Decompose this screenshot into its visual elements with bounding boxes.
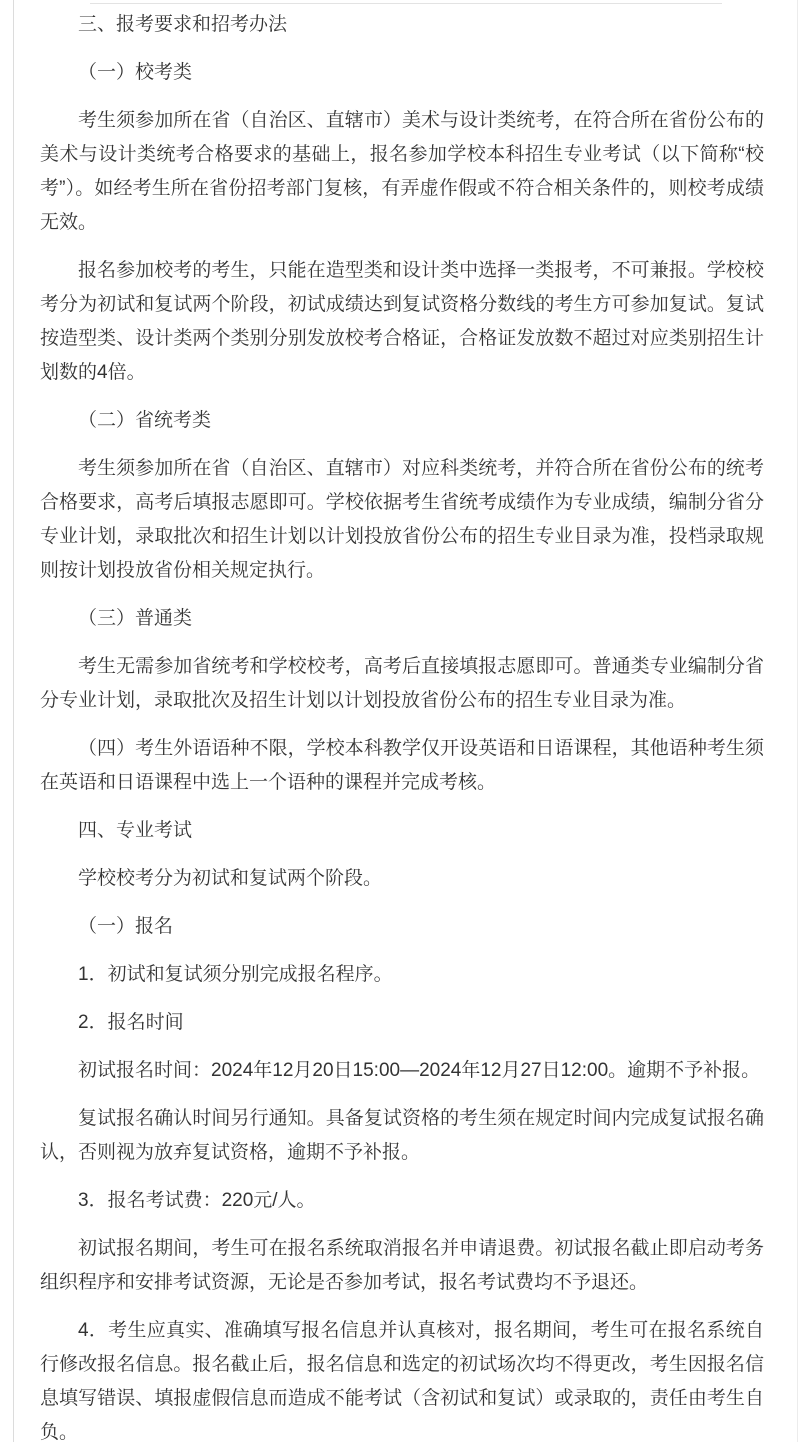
para-foreign-language-requirement: （四）考生外语语种不限，学校本科教学仅开设英语和日语课程，其他语种考生须在英语和… — [40, 732, 764, 800]
list-item-1-registration-procedure: 1．初试和复试须分别完成报名程序。 — [40, 958, 764, 992]
para-provincial-exam-requirements: 考生须参加所在省（自治区、直辖市）对应科类统考，并符合所在省份公布的统考合格要求… — [40, 452, 764, 588]
para-xiaokao-rules: 报名参加校考的考生，只能在造型类和设计类中选择一类报考，不可兼报。学校校考分为初… — [40, 254, 764, 390]
subheading-provincial-exam-category: （二）省统考类 — [40, 404, 764, 438]
list-item-2-registration-time: 2．报名时间 — [40, 1006, 764, 1040]
subheading-xiaokao-category: （一）校考类 — [40, 56, 764, 90]
heading-section-four: 四、专业考试 — [40, 814, 764, 848]
document-body: 三、报考要求和招考办法 （一）校考类 考生须参加所在省（自治区、直辖市）美术与设… — [0, 0, 800, 1442]
para-general-category-rules: 考生无需参加省统考和学校校考，高考后直接填报志愿即可。普通类专业编制分省分专业计… — [40, 650, 764, 718]
para-exam-stages: 学校校考分为初试和复试两个阶段。 — [40, 862, 764, 896]
para-xiaokao-requirements: 考生须参加所在省（自治区、直辖市）美术与设计类统考，在符合所在省份公布的美术与设… — [40, 104, 764, 240]
heading-section-three: 三、报考要求和招考办法 — [40, 8, 764, 42]
para-initial-registration-time: 初试报名时间：2024年12月20日15:00—2024年12月27日12:00… — [40, 1054, 764, 1088]
para-retest-confirmation: 复试报名确认时间另行通知。具备复试资格的考生须在规定时间内完成复试报名确认，否则… — [40, 1102, 764, 1170]
subheading-general-category: （三）普通类 — [40, 602, 764, 636]
list-item-3-exam-fee: 3．报名考试费：220元/人。 — [40, 1184, 764, 1218]
list-item-4-information-accuracy: 4．考生应真实、准确填写报名信息并认真核对，报名期间，考生可在报名系统自行修改报… — [40, 1314, 764, 1442]
para-refund-policy: 初试报名期间，考生可在报名系统取消报名并申请退费。初试报名截止即启动考务组织程序… — [40, 1232, 764, 1300]
subheading-registration: （一）报名 — [40, 910, 764, 944]
